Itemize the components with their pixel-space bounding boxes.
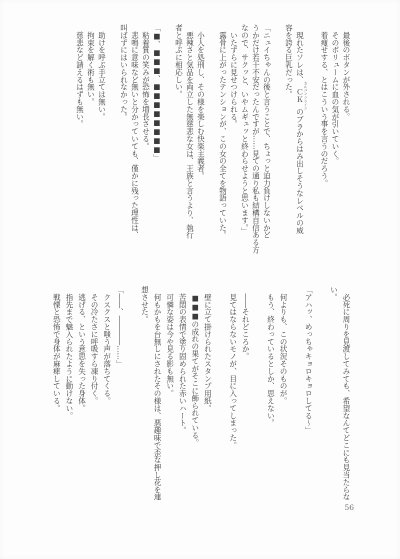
paragraph-break xyxy=(125,286,138,502)
paragraph: ――それどころか。 xyxy=(239,286,252,502)
paragraph: 苦悶の表情で塗り固められた赤いハート。 xyxy=(176,286,189,502)
paragraph: クスクスと嗤う声が落ちてくる。 xyxy=(100,286,113,502)
paragraph-break xyxy=(108,24,119,256)
paragraph: 小人を処刑し、その様を楽しむ快楽主義者。 xyxy=(196,24,207,256)
paragraph: そのボリュームに血の気が引いていく。 xyxy=(330,24,341,256)
text-band-bottom: 必死に周りを見渡してみても、希望なんてどこにも見当たらな い。 「アハッ、めっち… xyxy=(50,286,352,502)
text-band-top: 最後のボタンが外される。 そのボリュームに血の気が引いていく。 着痩せする、とは… xyxy=(75,24,353,256)
paragraph: 露骨に上がったテンションが、この女の全てを物語っていた。 xyxy=(218,24,229,256)
paragraph-break xyxy=(207,24,218,256)
paragraph-break xyxy=(163,24,174,256)
paragraph-break xyxy=(314,286,327,502)
paragraph: 壁に立て掛けられたスタンプ用紙。 xyxy=(201,286,214,502)
paragraph: 着痩せする、とはこういう事を言うのだろう。 xyxy=(319,24,330,256)
paragraph: 悲鳴に意味など無いと分かっていても、僅かに残った理性は、 叫ばずにはいられなかっ… xyxy=(119,24,141,256)
paragraph: 可憐な姿は今や見る影も無い。 xyxy=(163,286,176,502)
paragraph: 指先まで魅入られたように動けない。 xyxy=(62,286,75,502)
page-number: 56 xyxy=(344,503,354,512)
paragraph: 拘束を解く術も無い。 xyxy=(86,24,97,256)
paragraph-break xyxy=(213,286,226,502)
paragraph: その冷たさに呼吸すら凍り付く。 xyxy=(88,286,101,502)
paragraph-break xyxy=(251,286,264,502)
paragraph: 慈悲など請えるはずも無い。 xyxy=(75,24,86,256)
paragraph-break xyxy=(289,286,302,502)
paragraph: 逃げる、という意思を失った身体。 xyxy=(75,286,88,502)
paragraph: 現れたソレは、ＣＫカルバンクラインのブラからはみ出しそうなレベルの威 容を誇る巨… xyxy=(284,24,309,256)
ruby-annotated-text: ＣＫカルバンクライン xyxy=(296,83,305,108)
paragraph: いたずらに見せつけられる。 xyxy=(229,24,240,256)
paragraph: 何もかもを台無しにされたその様は、悪趣味で歪な押し花を連 想させた。 xyxy=(138,286,163,502)
paragraph: 「■、■■■、■■■■■■■■」 xyxy=(152,24,163,256)
paragraph: 「――、――――……」 xyxy=(113,286,126,502)
paragraph: 必死に周りを見渡してみても、希望なんてどこにも見当たらな い。 xyxy=(327,286,352,502)
paragraph: ■■■の成れの果てがそこに飾られている。 xyxy=(188,286,201,502)
paragraph-break xyxy=(273,24,284,256)
paragraph: 「アハッ、めっちゃキョロキョロしてる〜」 xyxy=(302,286,315,502)
paragraph: 戦慄と恐怖で身体が麻痺している。 xyxy=(50,286,63,502)
paragraph: 「ニュイちゃんの後と言うことで、ちょっと迫力負けしないかど うかだけ若干不安だっ… xyxy=(240,24,273,256)
novel-page: 最後のボタンが外される。 そのボリュームに血の気が引いていく。 着痩せする、とは… xyxy=(0,0,400,559)
paragraph-break xyxy=(308,24,319,256)
paragraph: もう、終わっているとしか、思えない。 xyxy=(264,286,277,502)
paragraph: 見てはならないモノが、目に入ってしまった。 xyxy=(226,286,239,502)
paragraph: 最後のボタンが外される。 xyxy=(341,24,352,256)
paragraph: 何よりも、この状況そのものが。 xyxy=(276,286,289,502)
paragraph: 粘着質の笑みが恐怖を増長させる。 xyxy=(141,24,152,256)
paragraph: 悪辣さと気品を両立した無慈悲な女は、王族と言うより、執行 者と呼ぶに相応しい。 xyxy=(174,24,196,256)
paragraph: 助けを呼ぶ手立ては無い。 xyxy=(97,24,108,256)
